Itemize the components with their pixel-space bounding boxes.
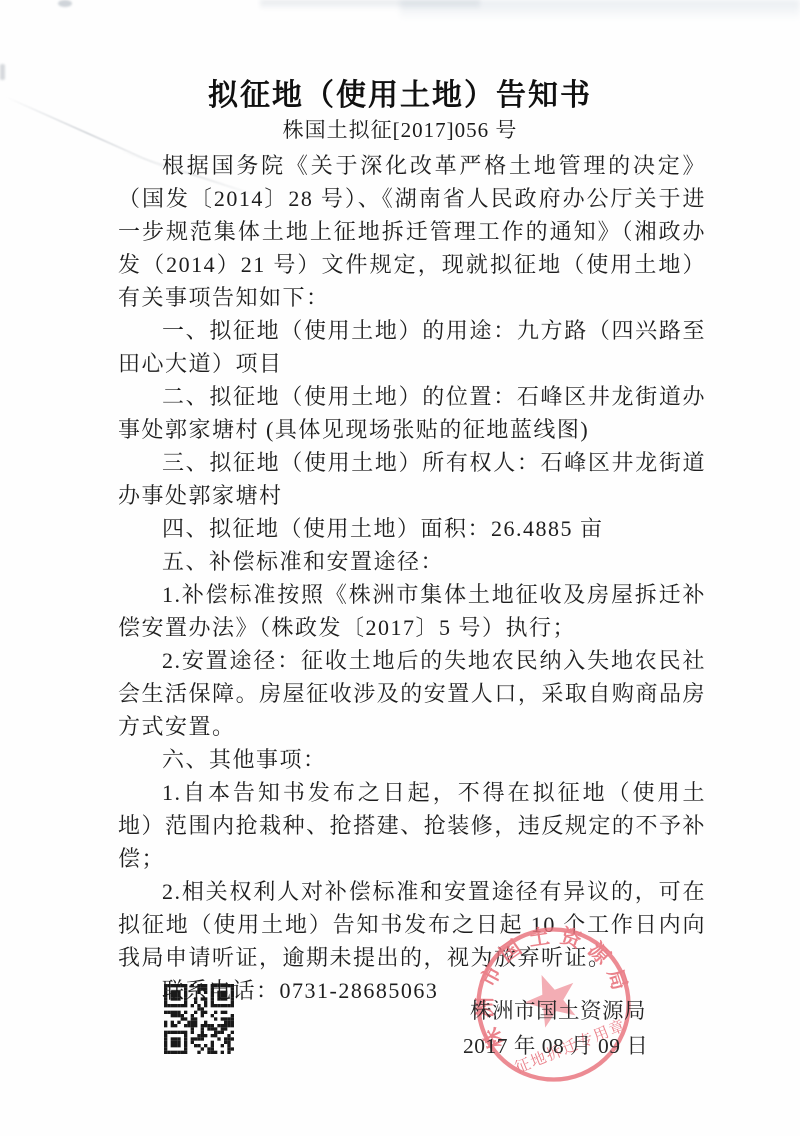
document-number: 株国土拟征[2017]056 号 [0, 114, 800, 144]
paragraph-resettlement: 2.安置途径：征收土地后的失地农民纳入失地农民社会生活保障。房屋征收涉及的安置人… [118, 644, 706, 743]
paragraph-compensation-standard: 1.补偿标准按照《株洲市集体土地征收及房屋拆迁补偿安置办法》（株政发〔2017〕… [118, 578, 706, 644]
page-title: 拟征地（使用土地）告知书 [0, 70, 800, 114]
document-body: 根据国务院《关于深化改革严格土地管理的决定》（国发〔2014〕28 号）、《湖南… [118, 149, 706, 1007]
signature-date: 2017 年 08 月 09 日 [463, 1029, 663, 1060]
paragraph-other-1: 1.自本告知书发布之日起，不得在拟征地（使用土地）范围内抢栽种、抢搭建、抢装修，… [118, 776, 706, 875]
paragraph-item-3-owner: 三、拟征地（使用土地）所有权人：石峰区井龙街道办事处郭家塘村 [118, 446, 706, 512]
paragraph-basis: 根据国务院《关于深化改革严格土地管理的决定》（国发〔2014〕28 号）、《湖南… [118, 149, 706, 314]
scanned-document-page: 拟征地（使用土地）告知书 株国土拟征[2017]056 号 根据国务院《关于深化… [0, 0, 800, 1136]
qr-code-icon [164, 984, 234, 1054]
paragraph-item-1-purpose: 一、拟征地（使用土地）的用途：九方路（四兴路至田心大道）项目 [118, 314, 706, 380]
paragraph-item-4-area: 四、拟征地（使用土地）面积：26.4885 亩 [118, 512, 706, 545]
scan-smudge [260, 0, 480, 10]
paragraph-other-2: 2.相关权利人对补偿标准和安置途径有异议的，可在拟征地（使用土地）告知书发布之日… [118, 875, 706, 974]
signature-agency: 株洲市国土资源局 [470, 994, 655, 1025]
scan-speck [58, 0, 72, 7]
paragraph-item-6-other: 六、其他事项： [118, 743, 706, 776]
paragraph-item-5-compensation: 五、补偿标准和安置途径： [118, 545, 706, 578]
paragraph-item-2-location: 二、拟征地（使用土地）的位置：石峰区井龙街道办事处郭家塘村 (具体见现场张贴的征… [118, 380, 706, 446]
